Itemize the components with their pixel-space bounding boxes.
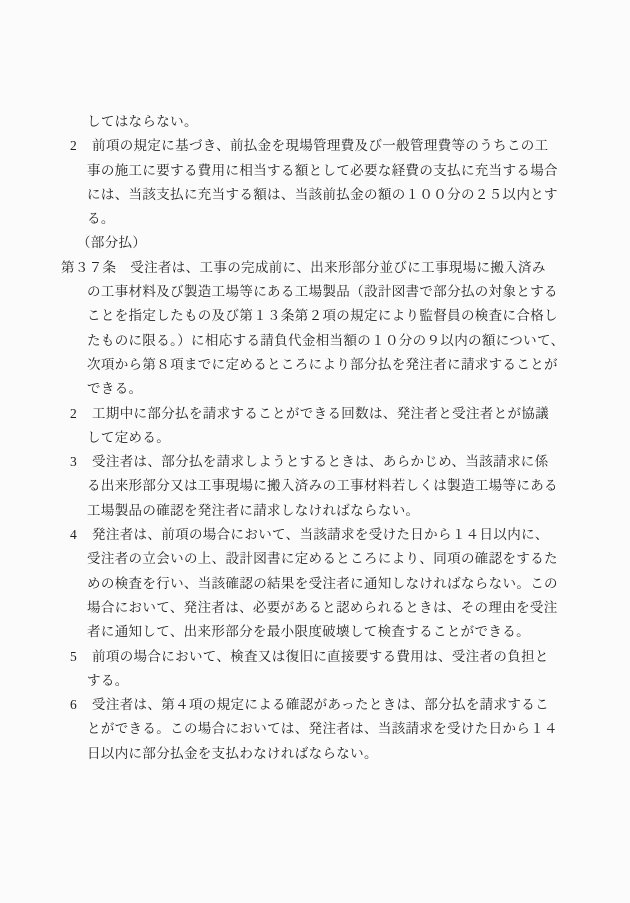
line-text: 工期中に部分払を請求することができる回数は、発注者と受注者とが協議 xyxy=(92,406,549,421)
line-text: （部分払） xyxy=(77,235,146,250)
line-text: めの検査を行い、当該確認の結果を受注者に通知しなければならない。この xyxy=(87,576,558,591)
item-number: 6 xyxy=(70,693,92,717)
item-number: 4 xyxy=(70,523,92,547)
line-text: 工場製品の確認を発注者に請求しなければならない。 xyxy=(87,503,419,518)
text-line: る出来形部分又は工事現場に搬入済みの工事材料若しくは製造工場等にある xyxy=(61,474,570,498)
line-text: 受注者は、工事の完成前に、出来形部分並びに工事現場に搬入済み xyxy=(130,260,546,275)
clause-item-line: 2前項の規定に基づき、前払金を現場管理費及び一般管理費等のうちこの工 xyxy=(61,134,570,158)
line-text: とができる。この場合においては、発注者は、当該請求を受けた日から１４ xyxy=(87,721,558,736)
line-text: 前項の規定に基づき、前払金を現場管理費及び一般管理費等のうちこの工 xyxy=(92,138,549,153)
text-line: る。 xyxy=(61,207,570,231)
line-text: 事の施工に要する費用に相当する額として必要な経費の支払に充当する場合 xyxy=(87,163,558,178)
article-number: 第３７条 xyxy=(61,260,130,275)
section-heading: （部分払） xyxy=(61,231,570,255)
item-number: 2 xyxy=(70,134,92,158)
clause-item-line: 3受注者は、部分払を請求しようとするときは、あらかじめ、当該請求に係 xyxy=(61,450,570,474)
line-text: る。 xyxy=(87,211,115,226)
text-line: たものに限る。）に相応する請負代金相当額の１０分の９以内の額について、 xyxy=(61,329,570,353)
line-text: の工事材料及び製造工場等にある工場製品（設計図書で部分払の対象とする xyxy=(87,284,558,299)
text-line: には、当該支払に充当する額は、当該前払金の額の１００分の２５以内とす xyxy=(61,183,570,207)
line-text: して定める。 xyxy=(87,430,170,445)
text-line: めの検査を行い、当該確認の結果を受注者に通知しなければならない。この xyxy=(61,572,570,596)
line-text: 受注者の立会いの上、設計図書に定めるところにより、同項の確認をするた xyxy=(87,551,558,566)
text-line: してはならない。 xyxy=(61,110,570,134)
line-text: には、当該支払に充当する額は、当該前払金の額の１００分の２５以内とす xyxy=(87,187,558,202)
text-line: 事の施工に要する費用に相当する額として必要な経費の支払に充当する場合 xyxy=(61,159,570,183)
line-text: 次項から第８項までに定めるところにより部分払を発注者に請求することが xyxy=(87,357,558,372)
line-text: 場合において、発注者は、必要があると認められるときは、その理由を受注 xyxy=(87,600,558,615)
text-line: 工場製品の確認を発注者に請求しなければならない。 xyxy=(61,499,570,523)
item-number: 2 xyxy=(70,402,92,426)
text-line: とができる。この場合においては、発注者は、当該請求を受けた日から１４ xyxy=(61,717,570,741)
document-text-block: してはならない。 2前項の規定に基づき、前払金を現場管理費及び一般管理費等のうち… xyxy=(61,110,570,766)
line-text: してはならない。 xyxy=(87,114,198,129)
clause-item-line: 6受注者は、第４項の規定による確認があったときは、部分払を請求するこ xyxy=(61,693,570,717)
line-text: 者に通知して、出来形部分を最小限度破壊して検査することができる。 xyxy=(87,624,530,639)
line-text: する。 xyxy=(87,673,129,688)
line-text: 受注者は、部分払を請求しようとするときは、あらかじめ、当該請求に係 xyxy=(92,454,549,469)
text-line: 受注者の立会いの上、設計図書に定めるところにより、同項の確認をするた xyxy=(61,547,570,571)
text-line: 場合において、発注者は、必要があると認められるときは、その理由を受注 xyxy=(61,596,570,620)
article-line: 第３７条 受注者は、工事の完成前に、出来形部分並びに工事現場に搬入済み xyxy=(61,256,570,280)
text-line: の工事材料及び製造工場等にある工場製品（設計図書で部分払の対象とする xyxy=(61,280,570,304)
text-line: 者に通知して、出来形部分を最小限度破壊して検査することができる。 xyxy=(61,620,570,644)
line-text: る出来形部分又は工事現場に搬入済みの工事材料若しくは製造工場等にある xyxy=(87,478,558,493)
clause-item-line: 2工期中に部分払を請求することができる回数は、発注者と受注者とが協議 xyxy=(61,402,570,426)
line-text: できる。 xyxy=(87,381,142,396)
text-line: して定める。 xyxy=(61,426,570,450)
item-number: 3 xyxy=(70,450,92,474)
document-page: してはならない。 2前項の規定に基づき、前払金を現場管理費及び一般管理費等のうち… xyxy=(0,0,630,903)
text-line: 次項から第８項までに定めるところにより部分払を発注者に請求することが xyxy=(61,353,570,377)
text-line: する。 xyxy=(61,669,570,693)
line-text: 受注者は、第４項の規定による確認があったときは、部分払を請求するこ xyxy=(92,697,549,712)
text-line: できる。 xyxy=(61,377,570,401)
line-text: 前項の場合において、検査又は復旧に直接要する費用は、受注者の負担と xyxy=(92,649,549,664)
item-number: 5 xyxy=(70,645,92,669)
line-text: 発注者は、前項の場合において、当該請求を受けた日から１４日以内に、 xyxy=(92,527,549,542)
line-text: ことを指定したもの及び第１３条第２項の規定により監督員の検査に合格し xyxy=(87,308,558,323)
clause-item-line: 5前項の場合において、検査又は復旧に直接要する費用は、受注者の負担と xyxy=(61,645,570,669)
text-line: 日以内に部分払金を支払わなければならない。 xyxy=(61,742,570,766)
line-text: 日以内に部分払金を支払わなければならない。 xyxy=(87,746,378,761)
line-text: たものに限る。）に相応する請負代金相当額の１０分の９以内の額について、 xyxy=(87,333,564,348)
text-line: ことを指定したもの及び第１３条第２項の規定により監督員の検査に合格し xyxy=(61,304,570,328)
clause-item-line: 4発注者は、前項の場合において、当該請求を受けた日から１４日以内に、 xyxy=(61,523,570,547)
